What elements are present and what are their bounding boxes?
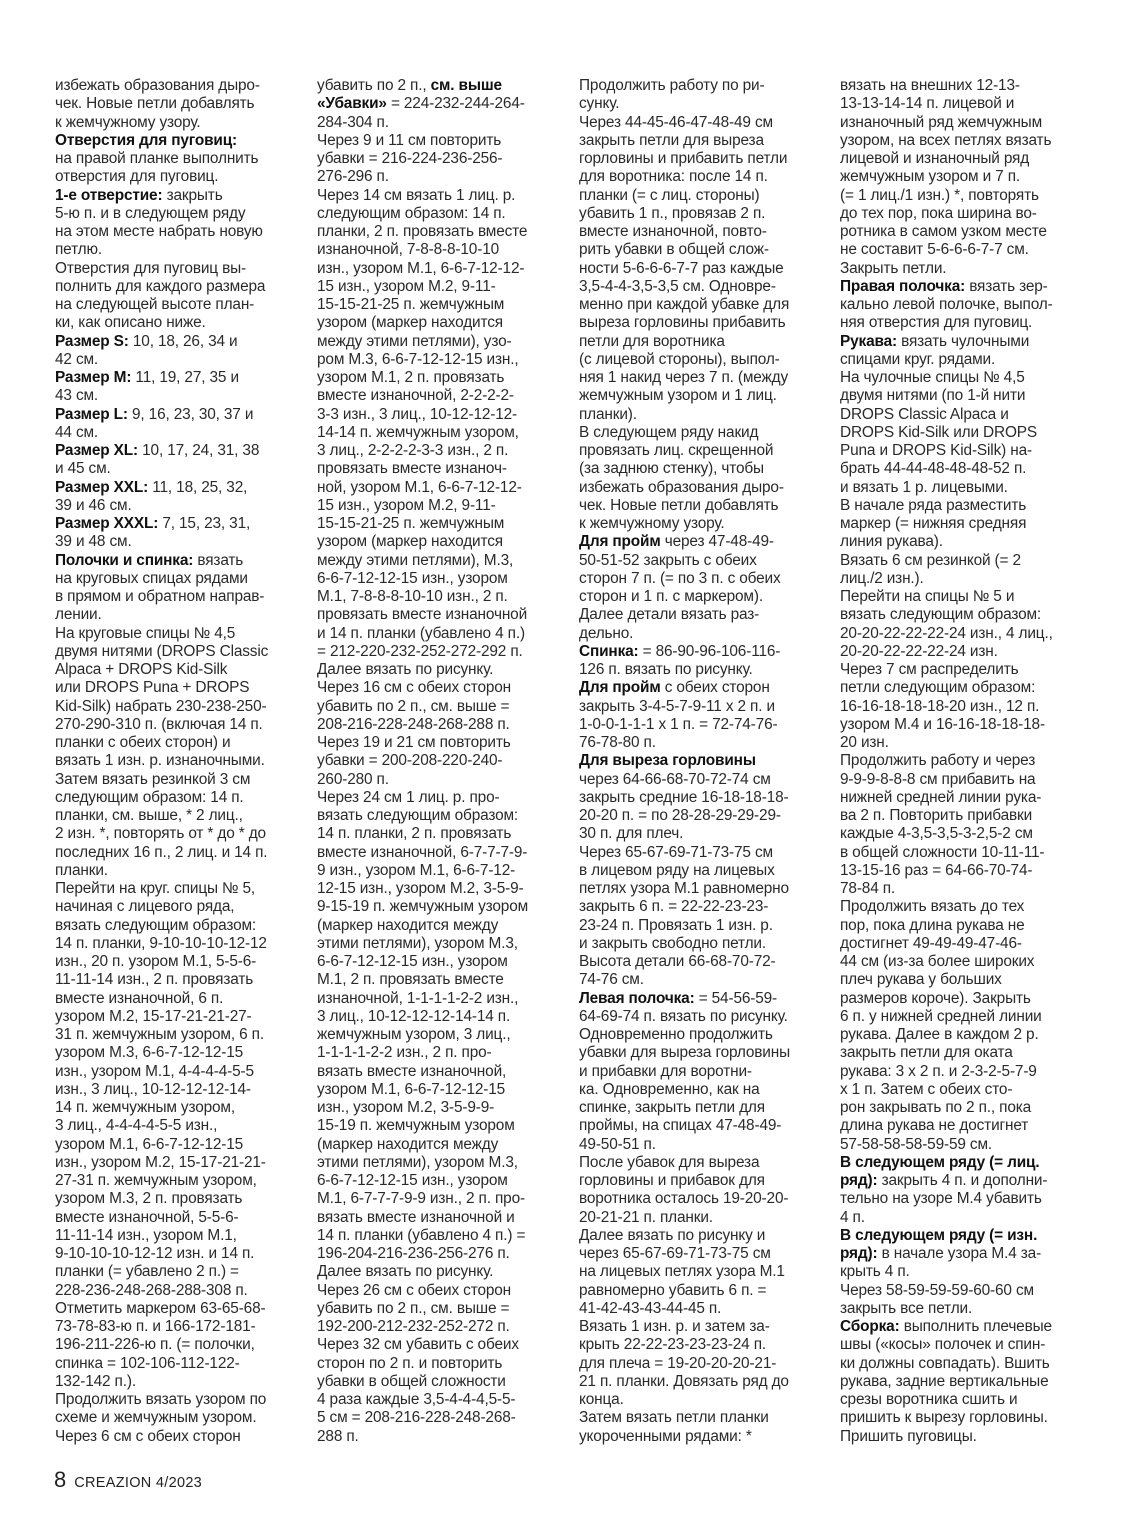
body-text: Через 44-45-46-47-48-49 см	[579, 114, 773, 131]
text-line: и закрыть свободно петли.	[579, 935, 829, 953]
text-line: 27-31 п. жемчужным узором,	[55, 1172, 305, 1190]
text-line: на этом месте набрать новую	[55, 223, 305, 241]
body-text: вязать следующим образом:	[317, 807, 518, 824]
body-text: Отметить маркером 63-65-68-	[55, 1300, 265, 1317]
text-line: между этими петлями), узо-	[317, 333, 567, 351]
text-line: 276-296 п.	[317, 168, 567, 186]
text-line: Размер XXXL: 7, 15, 23, 31,	[55, 515, 305, 533]
body-text: закрыть 6 п. = 22-22-23-23-	[579, 898, 768, 915]
body-text: жемчужным узором и 1 лиц.	[579, 387, 777, 404]
text-line: лении.	[55, 606, 305, 624]
text-line: рукава, задние вертикальные	[840, 1373, 1090, 1391]
body-text: Затем вязать резинкой 3 см	[55, 771, 250, 788]
text-line: планки.	[55, 862, 305, 880]
body-text: равномерно убавить 6 п. =	[579, 1282, 766, 1299]
body-text: двумя нитями (по 1-й нити	[840, 387, 1025, 404]
body-text: 3,5-4-4-3,5-3,5 см. Одновре-	[579, 278, 776, 295]
body-text: и вязать 1 р. лицевыми.	[840, 479, 1008, 496]
text-line: Через 14 см вязать 1 лиц. р.	[317, 187, 567, 205]
body-text: сунку.	[579, 95, 619, 112]
body-text: к жемчужному узору.	[55, 114, 201, 131]
body-text: убавить по 2 п.,	[317, 77, 431, 94]
text-line: Вязать 6 см резинкой (= 2	[840, 552, 1090, 570]
body-text: 76-78-80 п.	[579, 734, 656, 751]
text-line: DROPS Classic Alpaca и	[840, 406, 1090, 424]
body-text: на лицевых петлях узора М.1	[579, 1263, 785, 1280]
body-text: 9-9-9-8-8-8 см прибавить на	[840, 771, 1035, 788]
text-line: узором М.1, 6-6-7-12-12-15	[55, 1136, 305, 1154]
text-line: 73-78-83-ю п. и 166-172-181-	[55, 1318, 305, 1336]
text-line: В следующем ряду (= лиц.	[840, 1154, 1090, 1172]
text-line: Отверстия для пуговиц:	[55, 132, 305, 150]
text-line: узором (маркер находится	[317, 314, 567, 332]
text-line: Перейти на круг. спицы № 5,	[55, 880, 305, 898]
text-line: Через 6 см с обеих сторон	[55, 1428, 305, 1446]
body-text: 27-31 п. жемчужным узором,	[55, 1172, 257, 1189]
text-line: убавить по 2 п., см. выше =	[317, 698, 567, 716]
text-line: петли следующим образом:	[840, 679, 1090, 697]
body-text: ки, как описано ниже.	[55, 314, 206, 331]
text-line: ва 2 п. Повторить прибавки	[840, 807, 1090, 825]
body-text: закрыть 3-4-5-7-9-11 х 2 п. и	[579, 698, 775, 715]
body-text: 7, 15, 23, 31,	[158, 515, 250, 532]
body-text: Затем вязать петли планки	[579, 1409, 769, 1426]
text-line: 284-304 п.	[317, 114, 567, 132]
text-line: через 65-67-69-71-73-75 см	[579, 1245, 829, 1263]
body-text: на следующей высоте план-	[55, 296, 254, 313]
body-text: вместе изнаночной, 2-2-2-2-	[317, 387, 514, 404]
text-line: сторон и 1 п. с маркером).	[579, 588, 829, 606]
body-text: изнаночной, 1-1-1-1-2-2 изн.,	[317, 990, 518, 1007]
text-line: 6-6-7-12-12-15 изн., узором	[317, 1172, 567, 1190]
body-text: рукава. Далее в каждом 2 р.	[840, 1026, 1039, 1043]
text-line: Через 16 см с обеих сторон	[317, 679, 567, 697]
text-line: 13-15-16 раз = 64-66-70-74-	[840, 862, 1090, 880]
body-text: пор, пока длина рукава не	[840, 917, 1025, 934]
text-line: 9-10-10-10-12-12 изн. и 14 п.	[55, 1245, 305, 1263]
body-text: 64-69-74 п. вязать по рисунку.	[579, 1008, 788, 1025]
body-text: 11-11-14 изн., 2 п. провязать	[55, 971, 253, 988]
text-line: 14-14 п. жемчужным узором,	[317, 424, 567, 442]
body-text: рукава, задние вертикальные	[840, 1373, 1049, 1390]
body-text: на правой планке выполнить	[55, 150, 258, 167]
text-line: Через 7 см распределить	[840, 661, 1090, 679]
text-line: рукава. Далее в каждом 2 р.	[840, 1026, 1090, 1044]
body-text: ки должны совпадать). Вшить	[840, 1355, 1050, 1372]
body-text: менно при каждой убавке для	[579, 296, 789, 313]
body-text: Через 58-59-59-59-60-60 см	[840, 1282, 1034, 1299]
text-line: изнаночной, 1-1-1-1-2-2 изн.,	[317, 990, 567, 1008]
text-line: нижней средней линии рука-	[840, 789, 1090, 807]
body-text: убавки = 200-208-220-240-	[317, 752, 502, 769]
text-line: Перейти на спицы № 5 и	[840, 588, 1090, 606]
body-text: 3 лиц., 2-2-2-2-3-3 изн., 2 п.	[317, 442, 508, 459]
body-text: длина рукава не достигнет	[840, 1117, 1028, 1134]
text-line: последних 16 п., 2 лиц. и 14 п.	[55, 844, 305, 862]
body-text: 20-21-21 п. планки.	[579, 1209, 713, 1226]
text-line: закрыть 3-4-5-7-9-11 х 2 п. и	[579, 698, 829, 716]
body-text: изн., узором М.1, 6-6-7-12-12-	[317, 260, 524, 277]
text-line: лицевой и изнаночный ряд	[840, 150, 1090, 168]
text-line: Через 65-67-69-71-73-75 см	[579, 844, 829, 862]
bold-heading: Для выреза горловины	[579, 752, 756, 769]
text-line: провязать вместе изнаноч-	[317, 460, 567, 478]
bold-heading: Размер L:	[55, 406, 128, 423]
body-text: Через 7 см распределить	[840, 661, 1018, 678]
body-text: спинка = 102-106-112-122-	[55, 1355, 240, 1372]
body-text: Пришить пуговицы.	[840, 1428, 977, 1445]
text-line: Рукава: вязать чулочными	[840, 333, 1090, 351]
body-text: М.1, 7-8-8-8-10-10 изн., 2 п.	[317, 588, 508, 605]
body-text: двумя нитями (DROPS Classic	[55, 643, 268, 660]
body-text: ром М.3, 6-6-7-12-12-15 изн.,	[317, 351, 518, 368]
text-line: 270-290-310 п. (включая 14 п.	[55, 716, 305, 734]
body-text: 276-296 п.	[317, 168, 389, 185]
body-text: и закрыть свободно петли.	[579, 935, 766, 952]
body-text: Далее вязать по рисунку и	[579, 1227, 765, 1244]
body-text: не составит 5-6-6-6-7-7 см.	[840, 241, 1029, 258]
text-line: ром М.3, 6-6-7-12-12-15 изн.,	[317, 351, 567, 369]
text-line: ряд): закрыть 4 п. и дополни-	[840, 1172, 1090, 1190]
text-line: рить убавки в общей слож-	[579, 241, 829, 259]
bold-heading: Для пройм	[579, 679, 661, 696]
body-text: лиц./2 изн.).	[840, 570, 924, 587]
text-line: 192-200-212-232-252-272 п.	[317, 1318, 567, 1336]
text-line: вязать следующим образом:	[840, 606, 1090, 624]
body-text: 1-0-0-1-1-1 х 1 п. = 72-74-76-	[579, 716, 777, 733]
body-text: в общей сложности 10-11-11-	[840, 844, 1044, 861]
body-text: ка. Одновременно, как на	[579, 1081, 760, 1098]
text-line: 39 и 46 см.	[55, 497, 305, 515]
body-text: или DROPS Puna + DROPS	[55, 679, 249, 696]
text-line: убавки = 216-224-236-256-	[317, 150, 567, 168]
text-line: 4 раза каждые 3,5-4-4-4,5-5-	[317, 1391, 567, 1409]
text-line: 5 см = 208-216-228-248-268-	[317, 1409, 567, 1427]
body-text: На круговые спицы № 4,5	[55, 625, 235, 642]
body-text: М.1, 6-7-7-7-9-9 изн., 2 п. про-	[317, 1190, 525, 1207]
body-text: между этими петлями), узо-	[317, 333, 511, 350]
body-text: Высота детали 66-68-70-72-	[579, 953, 776, 970]
text-line: изн., узором М.2, 3-5-9-9-	[317, 1099, 567, 1117]
body-text: 49-50-51 п.	[579, 1136, 656, 1153]
text-line: 14 п. планки, 2 п. провязать	[317, 825, 567, 843]
body-text: вязать вместе изнаночной и	[317, 1209, 515, 1226]
body-text: Далее детали вязать раз-	[579, 606, 759, 623]
body-text: петлю.	[55, 241, 102, 258]
body-text: 57-58-58-58-59-59 см.	[840, 1136, 992, 1153]
body-text: 44 см.	[55, 424, 98, 441]
body-text: кально левой полочке, выпол-	[840, 296, 1053, 313]
body-text: х 1 п. Затем с обеих сто-	[840, 1081, 1012, 1098]
text-line: и 14 п. планки (убавлено 4 п.)	[317, 625, 567, 643]
body-text: 15 изн., узором М.2, 9-11-	[317, 497, 496, 514]
body-text: 192-200-212-232-252-272 п.	[317, 1318, 510, 1335]
bold-heading: Отверстия для пуговиц:	[55, 132, 237, 149]
text-line: изн., узором М.2, 15-17-21-21-	[55, 1154, 305, 1172]
body-text: 4 раза каждые 3,5-4-4-4,5-5-	[317, 1391, 515, 1408]
body-text: 260-280 п.	[317, 771, 389, 788]
body-text: Через 9 и 11 см повторить	[317, 132, 501, 149]
body-text: 196-211-226-ю п. (= полочки,	[55, 1336, 255, 1353]
body-text: 3-3 изн., 3 лиц., 10-12-12-12-	[317, 406, 517, 423]
body-text: рукава: 3 х 2 п. и 2-3-2-5-7-9	[840, 1063, 1037, 1080]
text-line: Правая полочка: вязать зер-	[840, 278, 1090, 296]
text-line: 14 п. планки, 9-10-10-10-12-12	[55, 935, 305, 953]
text-line: закрыть все петли.	[840, 1300, 1090, 1318]
text-line: маркер (= нижняя средняя	[840, 515, 1090, 533]
text-line: 196-204-216-236-256-276 п.	[317, 1245, 567, 1263]
text-line: узором М.3, 2 п. провязать	[55, 1190, 305, 1208]
body-text: 39 и 48 см.	[55, 533, 132, 550]
text-line: На чулочные спицы № 4,5	[840, 369, 1090, 387]
body-text: провязать лиц. скрещенной	[579, 442, 773, 459]
body-text: узором (маркер находится	[317, 314, 503, 331]
text-line: планки, 2 п. провязать вместе	[317, 223, 567, 241]
text-line: схеме и жемчужным узором.	[55, 1409, 305, 1427]
body-text: проймы, на спицах 47-48-49-	[579, 1117, 781, 1134]
body-text: изн., 20 п. узором М.1, 5-5-6-	[55, 953, 256, 970]
text-line: к жемчужному узору.	[55, 114, 305, 132]
text-line: крыть 4 п.	[840, 1263, 1090, 1281]
body-text: 15 изн., узором М.2, 9-11-	[317, 278, 496, 295]
body-text: планки, 2 п. провязать вместе	[317, 223, 527, 240]
text-line: 15-15-21-25 п. жемчужным	[317, 296, 567, 314]
text-line: (= 1 лиц./1 изн.) *, повторять	[840, 187, 1090, 205]
text-line: 1-0-0-1-1-1 х 1 п. = 72-74-76-	[579, 716, 829, 734]
body-text: Перейти на спицы № 5 и	[840, 588, 1014, 605]
text-line: 3 лиц., 4-4-4-4-5-5 изн.,	[55, 1117, 305, 1135]
text-line: DROPS Kid-Silk или DROPS	[840, 424, 1090, 442]
body-text: укороченными рядами: *	[579, 1428, 752, 1445]
body-text: DROPS Classic Alpaca и	[840, 406, 1009, 423]
text-line: срезы воротника сшить и	[840, 1391, 1090, 1409]
text-line: жемчужным узором и 1 лиц.	[579, 387, 829, 405]
body-text: изнаночный ряд жемчужным	[840, 114, 1042, 131]
text-line: Для выреза горловины	[579, 752, 829, 770]
body-text: Через 32 см убавить с обеих	[317, 1336, 519, 1353]
body-text: этими петлями), узором М.3,	[317, 1154, 518, 1171]
body-text: Alpaca + DROPS Kid-Silk	[55, 661, 227, 678]
text-line: Высота детали 66-68-70-72-	[579, 953, 829, 971]
body-text: В начале ряда разместить	[840, 497, 1026, 514]
body-text: закрыть все петли.	[840, 1300, 972, 1317]
body-text: 11-11-14 изн., узором М.1,	[55, 1227, 237, 1244]
text-line: 44 см.	[55, 424, 305, 442]
text-line: закрыть 6 п. = 22-22-23-23-	[579, 898, 829, 916]
text-line: жемчужным узором и 7 п.	[840, 168, 1090, 186]
body-text: узором М.3, 2 п. провязать	[55, 1190, 242, 1207]
body-text: Отверстия для пуговиц вы-	[55, 260, 246, 277]
text-line: брать 44-44-48-48-48-52 п.	[840, 460, 1090, 478]
text-line: узором М.3, 6-6-7-12-12-15	[55, 1044, 305, 1062]
bold-heading: Размер XXL:	[55, 479, 148, 496]
text-line: Для пройм через 47-48-49-	[579, 533, 829, 551]
body-text: 6-6-7-12-12-15 изн., узором	[317, 953, 508, 970]
body-text: рить убавки в общей слож-	[579, 241, 769, 258]
text-line: Для пройм с обеих сторон	[579, 679, 829, 697]
body-text: Одновременно продолжить	[579, 1026, 773, 1043]
body-text: узором М.4 и 16-16-18-18-18-	[840, 716, 1045, 733]
text-line: Через 24 см 1 лиц. р. про-	[317, 789, 567, 807]
body-text: на этом месте набрать новую	[55, 223, 263, 240]
body-text: дельно.	[579, 625, 633, 642]
text-line: Далее вязать по рисунку и	[579, 1227, 829, 1245]
body-text: Через 65-67-69-71-73-75 см	[579, 844, 773, 861]
bold-heading: Левая полочка:	[579, 990, 695, 1007]
body-text: с обеих сторон	[661, 679, 770, 696]
body-text: вязать 1 изн. р. изнаночными.	[55, 752, 265, 769]
body-text: 3 лиц., 4-4-4-4-5-5 изн.,	[55, 1117, 217, 1134]
body-text: няя отверстия для пуговиц.	[840, 314, 1032, 331]
body-text: узором М.1, 6-6-7-12-12-15	[317, 1081, 505, 1098]
body-text: Продолжить вязать узором по	[55, 1391, 266, 1408]
body-text: 30 п. для плеч.	[579, 825, 683, 842]
body-text: 10, 18, 26, 34 и	[129, 333, 238, 350]
text-line: чек. Новые петли добавлять	[55, 95, 305, 113]
body-text: 14-14 п. жемчужным узором,	[317, 424, 519, 441]
text-line: плеч рукава у больших	[840, 971, 1090, 989]
body-text: отверстия для пуговиц.	[55, 168, 218, 185]
bold-heading: Рукава:	[840, 333, 897, 350]
body-text: 78-84 п.	[840, 880, 895, 897]
body-text: этими петлями), узором М.3,	[317, 935, 518, 952]
body-text: узором, на всех петлях вязать	[840, 132, 1051, 149]
text-line: этими петлями), узором М.3,	[317, 935, 567, 953]
body-text: размеров короче). Закрыть	[840, 990, 1031, 1007]
text-line: выреза горловины прибавить	[579, 314, 829, 332]
text-line: петлях узора М.1 равномерно	[579, 880, 829, 898]
text-line: Сборка: выполнить плечевые	[840, 1318, 1090, 1336]
text-line: петли для воротника	[579, 333, 829, 351]
text-line: к жемчужному узору.	[579, 515, 829, 533]
text-line: 31 п. жемчужным узором, 6 п.	[55, 1026, 305, 1044]
text-line: не составит 5-6-6-6-7-7 см.	[840, 241, 1090, 259]
body-text: 20-20-22-22-22-24 изн., 4 лиц.,	[840, 625, 1053, 642]
text-line: Левая полочка: = 54-56-59-	[579, 990, 829, 1008]
body-text: 5-ю п. и в следующем ряду	[55, 205, 245, 222]
text-line: Вязать 1 изн. р. и затем за-	[579, 1318, 829, 1336]
text-line: = 212-220-232-252-272-292 п.	[317, 643, 567, 661]
text-line: Размер L: 9, 16, 23, 30, 37 и	[55, 406, 305, 424]
body-text: 14 п. планки (убавлено 4 п.) =	[317, 1227, 525, 1244]
text-line: 76-78-80 п.	[579, 734, 829, 752]
bold-heading: «Убавки»	[317, 95, 387, 112]
body-text: достигнет 49-49-49-47-46-	[840, 935, 1022, 952]
text-line: вязать на внешних 12-13-	[840, 77, 1090, 95]
body-text: Вязать 1 изн. р. и затем за-	[579, 1318, 770, 1335]
body-text: 208-216-228-248-268-288 п.	[317, 716, 510, 733]
text-line: кально левой полочке, выпол-	[840, 296, 1090, 314]
text-line: изнаночной, 7-8-8-8-10-10	[317, 241, 567, 259]
text-line: 6 п. у нижней средней линии	[840, 1008, 1090, 1026]
text-line: Puna и DROPS Kid-Silk) на-	[840, 442, 1090, 460]
text-line: крыть 22-22-23-23-23-24 п.	[579, 1336, 829, 1354]
text-line: Продолжить работу и через	[840, 752, 1090, 770]
text-line: менно при каждой убавке для	[579, 296, 829, 314]
text-line: 42 см.	[55, 351, 305, 369]
text-column-2: убавить по 2 п., см. выше«Убавки» = 224-…	[317, 77, 567, 1446]
text-line: тельно на узоре М.4 убавить	[840, 1190, 1090, 1208]
text-line: няя отверстия для пуговиц.	[840, 314, 1090, 332]
body-text: узором М.3, 6-6-7-12-12-15	[55, 1044, 243, 1061]
text-line: ряд): в начале узора М.4 за-	[840, 1245, 1090, 1263]
body-text: 228-236-248-268-288-308 п.	[55, 1282, 248, 1299]
text-line: сунку.	[579, 95, 829, 113]
text-line: избежать образования дыро-	[579, 479, 829, 497]
body-text: рон закрывать по 2 п., пока	[840, 1099, 1031, 1116]
text-line: М.1, 6-7-7-7-9-9 изн., 2 п. про-	[317, 1190, 567, 1208]
text-line: Через 32 см убавить с обеих	[317, 1336, 567, 1354]
text-line: узором М.1, 6-6-7-12-12-15	[317, 1081, 567, 1099]
body-text: и 45 см.	[55, 460, 111, 477]
body-text: на круговых спицах рядами	[55, 570, 248, 587]
body-text: вязать вместе изнаночной,	[317, 1063, 506, 1080]
text-line: М.1, 2 п. провязать вместе	[317, 971, 567, 989]
text-line: ка. Одновременно, как на	[579, 1081, 829, 1099]
body-text: 288 п.	[317, 1428, 359, 1445]
text-line: Alpaca + DROPS Kid-Silk	[55, 661, 305, 679]
text-line: 14 п. жемчужным узором,	[55, 1099, 305, 1117]
text-line: Продолжить вязать узором по	[55, 1391, 305, 1409]
body-text: Через 24 см 1 лиц. р. про-	[317, 789, 499, 806]
text-line: узором М.2, 15-17-21-21-27-	[55, 1008, 305, 1026]
body-text: для воротника: после 14 п.	[579, 168, 768, 185]
text-line: двумя нитями (DROPS Classic	[55, 643, 305, 661]
text-line: изнаночный ряд жемчужным	[840, 114, 1090, 132]
text-line: ной, узором М.1, 6-6-7-12-12-	[317, 479, 567, 497]
text-line: 20-20-22-22-22-24 изн.	[840, 643, 1090, 661]
body-text: планки (= с лиц. стороны)	[579, 187, 759, 204]
text-line: длина рукава не достигнет	[840, 1117, 1090, 1135]
text-line: 3-3 изн., 3 лиц., 10-12-12-12-	[317, 406, 567, 424]
text-line: горловины и прибавить петли	[579, 150, 829, 168]
text-line: Закрыть петли.	[840, 260, 1090, 278]
body-text: лении.	[55, 606, 102, 623]
text-line: конца.	[579, 1391, 829, 1409]
bold-heading: Размер M:	[55, 369, 131, 386]
text-line: Далее вязать по рисунку.	[317, 661, 567, 679]
text-line: и вязать 1 р. лицевыми.	[840, 479, 1090, 497]
text-line: 15 изн., узором М.2, 9-11-	[317, 278, 567, 296]
text-column-3: Продолжить работу по ри-сунку.Через 44-4…	[579, 77, 829, 1446]
text-line: линия рукава).	[840, 533, 1090, 551]
body-text: Далее вязать по рисунку.	[317, 661, 493, 678]
body-text: изн., 3 лиц., 10-12-12-12-14-	[55, 1081, 251, 1098]
text-line: 30 п. для плеч.	[579, 825, 829, 843]
body-text: вязать следующим образом:	[55, 917, 256, 934]
body-text: закрыть	[162, 187, 222, 204]
body-text: Перейти на круг. спицы № 5,	[55, 880, 255, 897]
text-line: рон закрывать по 2 п., пока	[840, 1099, 1090, 1117]
text-line: Продолжить вязать до тех	[840, 898, 1090, 916]
text-line: ки должны совпадать). Вшить	[840, 1355, 1090, 1373]
body-text: 16-16-18-18-18-20 изн., 12 п.	[840, 698, 1039, 715]
text-line: ности 5-6-6-6-7-7 раз каждые	[579, 260, 829, 278]
body-text: убавки для выреза горловины	[579, 1044, 790, 1061]
body-text: 9 изн., узором М.1, 6-6-7-12-	[317, 862, 515, 879]
text-line: 41-42-43-43-44-45 п.	[579, 1300, 829, 1318]
text-line: планки, см. выше, * 2 лиц.,	[55, 807, 305, 825]
body-text: 12-15 изн., узором М.2, 3-5-9-	[317, 880, 524, 897]
text-line: 12-15 изн., узором М.2, 3-5-9-	[317, 880, 567, 898]
body-text: вместе изнаночной, 6 п.	[55, 990, 223, 1007]
body-text: закрыть петли для выреза	[579, 132, 764, 149]
text-line: В следующем ряду (= изн.	[840, 1227, 1090, 1245]
body-text: спицами круг. рядами.	[840, 351, 995, 368]
body-text: 14 п. планки, 9-10-10-10-12-12	[55, 935, 267, 952]
text-line: 20 изн.	[840, 734, 1090, 752]
text-line: 5-ю п. и в следующем ряду	[55, 205, 305, 223]
